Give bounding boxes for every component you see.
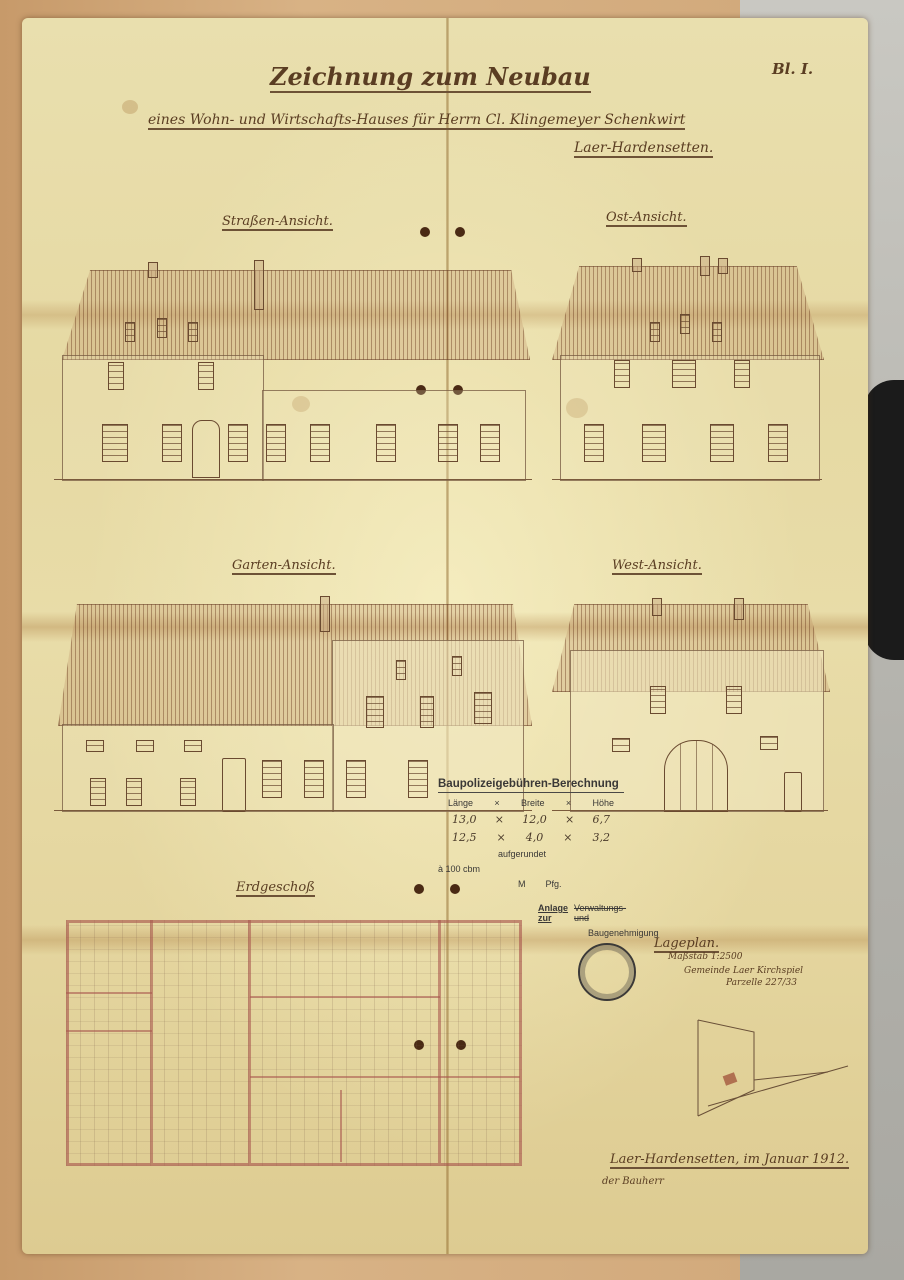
drawing-location: Laer-Hardensetten. xyxy=(574,140,713,158)
fee-row1-length: 13,0 xyxy=(452,813,477,826)
fee-col-length: Länge xyxy=(448,798,473,808)
view-label-east: Ost-Ansicht. xyxy=(606,210,687,227)
fee-col-height: Höhe xyxy=(592,798,614,808)
site-plan-parcel: Parzelle 227/33 xyxy=(726,978,797,988)
signature-sub: der Bauherr xyxy=(602,1176,664,1187)
attachment-crossed: Verwaltungs- und xyxy=(574,903,626,923)
view-label-west: West-Ansicht. xyxy=(612,558,702,575)
punch-hole xyxy=(414,884,424,894)
fee-row1-width: 12,0 xyxy=(522,813,547,826)
fee-row2-width: 4,0 xyxy=(526,831,544,844)
official-seal xyxy=(578,943,636,1001)
multiply-sign: × xyxy=(565,813,574,826)
fee-row2-length: 12,5 xyxy=(452,831,477,844)
view-label-garden: Garten-Ansicht. xyxy=(232,558,336,575)
site-plan-label: Lageplan. xyxy=(654,936,719,953)
site-plan-municipality: Gemeinde Laer Kirchspiel xyxy=(684,966,803,976)
fee-calculation-stamp: Baupolizeigebühren-Berechnung Länge × Br… xyxy=(438,778,624,938)
sheet-number: Bl. I. xyxy=(772,60,813,78)
dark-object-edge xyxy=(864,380,904,660)
punch-hole xyxy=(455,227,465,237)
fee-rounded-label: aufgerundet xyxy=(498,849,546,859)
floor-plan-label: Erdgeschoß xyxy=(236,880,315,897)
fee-row1-height: 6,7 xyxy=(593,813,611,826)
attachment-target: Baugenehmigung xyxy=(588,928,659,938)
multiply-sign: × xyxy=(566,798,571,808)
drawing-title: Zeichnung zum Neubau xyxy=(270,62,591,93)
stain xyxy=(122,100,138,114)
multiply-sign: × xyxy=(495,813,504,826)
fee-row2-height: 3,2 xyxy=(593,831,611,844)
multiply-sign: × xyxy=(497,831,506,844)
punch-hole xyxy=(420,227,430,237)
fee-rate-label: à 100 cbm xyxy=(438,864,480,874)
site-plan-drawing xyxy=(668,1010,858,1120)
attachment-label: Anlage zur xyxy=(538,903,568,923)
fee-stamp-title: Baupolizeigebühren-Berechnung xyxy=(438,778,624,793)
site-plan-scale: Maßstab 1:2500 xyxy=(668,952,742,962)
fee-col-width: Breite xyxy=(521,798,545,808)
multiply-sign: × xyxy=(494,798,499,808)
multiply-sign: × xyxy=(563,831,572,844)
view-label-street: Straßen-Ansicht. xyxy=(222,214,333,231)
signature-place-date: Laer-Hardensetten, im Januar 1912. xyxy=(610,1152,849,1169)
fee-currency-m: M xyxy=(518,879,526,889)
fee-currency-pf: Pfg. xyxy=(546,879,562,889)
drawing-subtitle: eines Wohn- und Wirtschafts-Hauses für H… xyxy=(148,112,685,130)
